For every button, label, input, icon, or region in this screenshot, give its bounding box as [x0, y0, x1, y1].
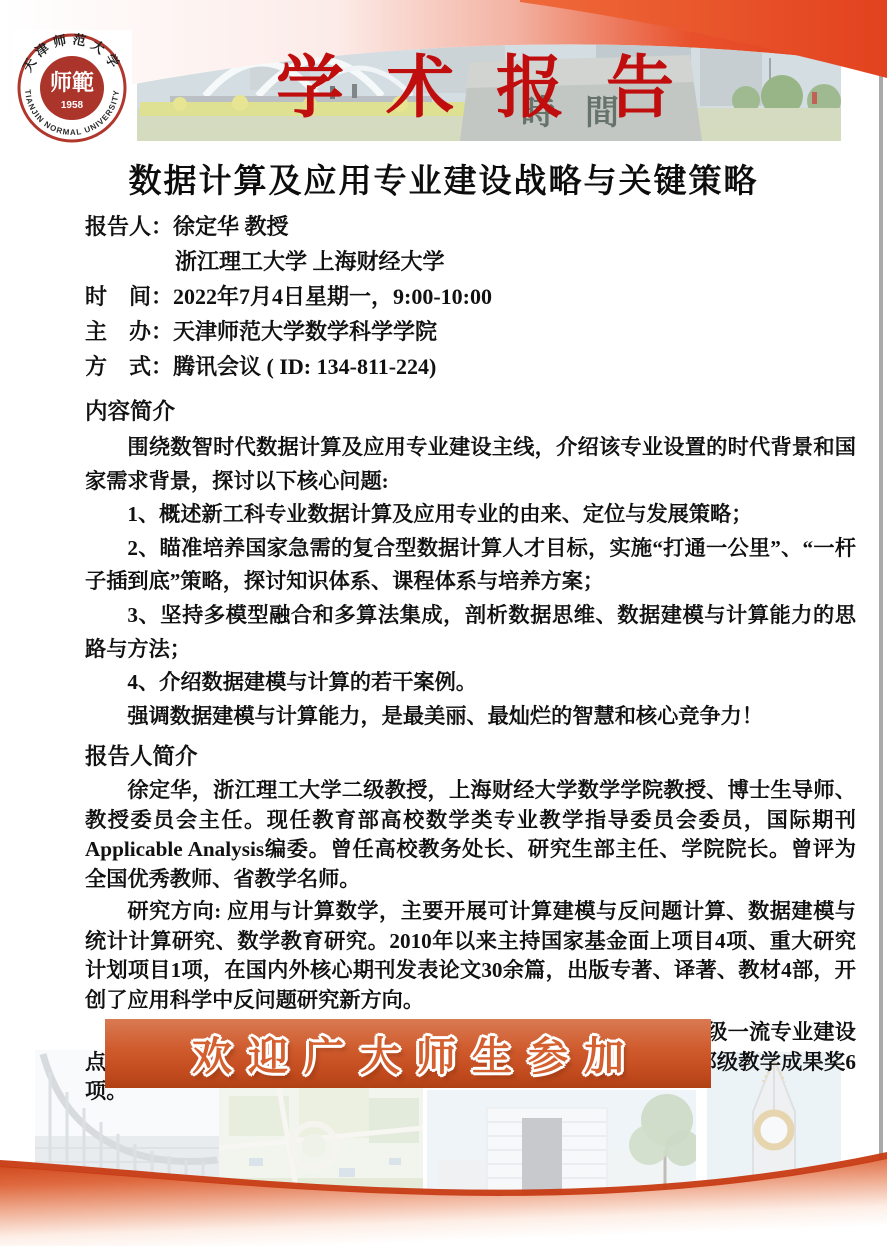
info-value: 腾讯会议 ( ID: 134-811-224) [173, 354, 436, 379]
logo-year: 1958 [61, 100, 84, 111]
speaker-paragraph: 徐定华，浙江理工大学二级教授，上海财经大学数学学院教授、博士生导师、教授委员会主… [85, 776, 856, 894]
content-paragraph: 1、概述新工科专业数据计算及应用专业的由来、定位与发展策略； [85, 498, 856, 532]
info-row-speaker: 报告人：徐定华 教授 [85, 209, 857, 244]
info-label: 方 式： [85, 354, 173, 379]
content-paragraph: 2、瞄准培养国家急需的复合型数据计算人才目标，实施“打通一公里”、“一杆子插到底… [85, 532, 856, 599]
info-value: 徐定华 教授 [173, 214, 289, 239]
content-paragraph: 3、坚持多模型融合和多算法集成，剖析数据思维、数据建模与计算能力的思路与方法； [85, 599, 856, 666]
welcome-text: 欢迎广大师生参加 [176, 1025, 640, 1082]
info-block: 报告人：徐定华 教授 浙江理工大学 上海财经大学 时 间：2022年7月4日星期… [85, 209, 857, 384]
lecture-title: 数据计算及应用专业建设战略与关键策略 [0, 155, 887, 202]
info-value: 2022年7月4日星期一，9:00-10:00 [173, 284, 492, 309]
info-row-host: 主 办：天津师范大学数学科学学院 [85, 314, 857, 349]
bottom-swoosh [0, 1126, 887, 1246]
university-logo: 天津师范大学 TIANJIN NORMAL UNIVERSITY 师範 1958 [12, 30, 132, 146]
content-intro-section: 内容简介 围绕数智时代数据计算及应用专业建设主线，介绍该专业设置的时代背景和国家… [85, 396, 856, 733]
info-row-time: 时 间：2022年7月4日星期一，9:00-10:00 [85, 279, 857, 314]
welcome-banner: 欢迎广大师生参加 [105, 1019, 711, 1088]
poster: 時間 天津师范大学 TIANJIN NORMAL UNIVERSITY 师範 1… [0, 0, 887, 1246]
content-paragraph: 围绕数智时代数据计算及应用专业建设主线，介绍该专业设置的时代背景和国家需求背景，… [85, 431, 856, 498]
info-value: 天津师范大学数学科学学院 [173, 319, 437, 344]
header-title: 学术报告 [215, 34, 735, 131]
content-paragraph: 强调数据建模与计算能力，是最美丽、最灿烂的智慧和核心竞争力！ [85, 700, 856, 734]
info-label: 时 间： [85, 284, 173, 309]
speaker-intro-heading: 报告人简介 [85, 741, 856, 772]
info-row-method: 方 式：腾讯会议 ( ID: 134-811-224) [85, 349, 857, 384]
info-label: 主 办： [85, 319, 173, 344]
speaker-paragraph: 研究方向: 应用与计算数学，主要开展可计算建模与反问题计算、数据建模与统计计算研… [85, 897, 856, 1015]
info-value: 浙江理工大学 上海财经大学 [175, 249, 445, 274]
logo-seal-text: 师範 [50, 70, 94, 95]
info-row-affiliation: 浙江理工大学 上海财经大学 [85, 244, 857, 279]
page-right-edge [879, 72, 883, 1192]
info-label: 报告人： [85, 214, 173, 239]
content-intro-heading: 内容简介 [85, 396, 856, 427]
content-paragraph: 4、介绍数据建模与计算的若干案例。 [85, 666, 856, 700]
